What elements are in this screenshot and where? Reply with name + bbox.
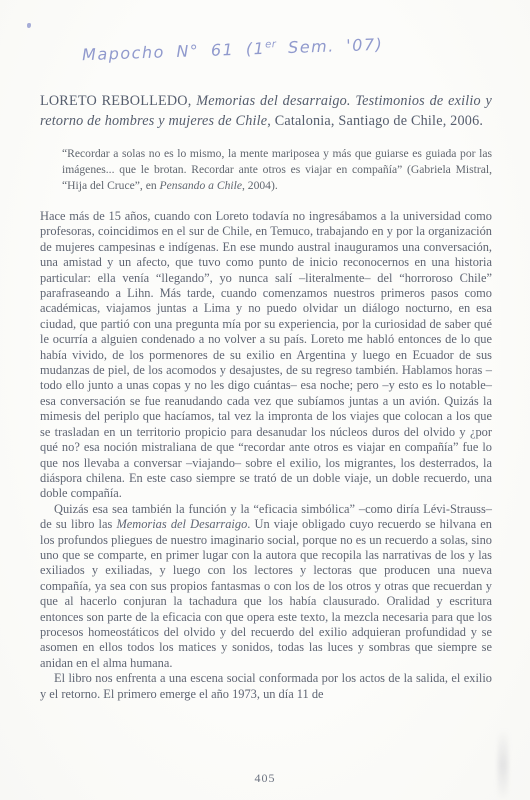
review-paragraph-1: Hace más de 15 años, cuando con Loreto t… <box>40 209 492 502</box>
paragraph-2-book-title: Memorias del Desarraigo <box>116 517 247 531</box>
review-body: Hace más de 15 años, cuando con Loreto t… <box>40 209 492 702</box>
epigraph-suffix: , 2004). <box>242 179 278 192</box>
annotation-superscript: er <box>265 39 277 50</box>
scanned-page: Mapocho N° 61 (1er Sem. '07) LORETO REBO… <box>0 0 530 800</box>
book-citation: LORETO REBOLLEDO, Memorias del desarraig… <box>40 92 492 131</box>
epigraph-source: Pensando a Chile <box>160 179 242 192</box>
handwritten-annotation: Mapocho N° 61 (1er Sem. '07) <box>82 35 384 65</box>
annotation-text-start: Mapocho N° 61 (1 <box>82 39 266 64</box>
author-name: LORETO REBOLLEDO, <box>40 93 196 109</box>
review-paragraph-2: Quizás esa sea también la función y la “… <box>40 502 492 671</box>
annotation-text-end: Sem. '07) <box>276 35 383 58</box>
page-number: 405 <box>0 771 530 786</box>
publication-info: , Catalonia, Santiago de Chile, 2006. <box>267 113 483 129</box>
ink-speck <box>27 23 31 28</box>
scan-smudge <box>498 730 508 800</box>
paragraph-2-end: . Un viaje obligado cuyo recuerdo se hil… <box>40 517 492 670</box>
review-paragraph-3: El libro nos enfrenta a una escena socia… <box>40 671 492 702</box>
epigraph: “Recordar a solas no es lo mismo, la men… <box>62 146 492 194</box>
page-content: LORETO REBOLLEDO, Memorias del desarraig… <box>40 92 492 702</box>
